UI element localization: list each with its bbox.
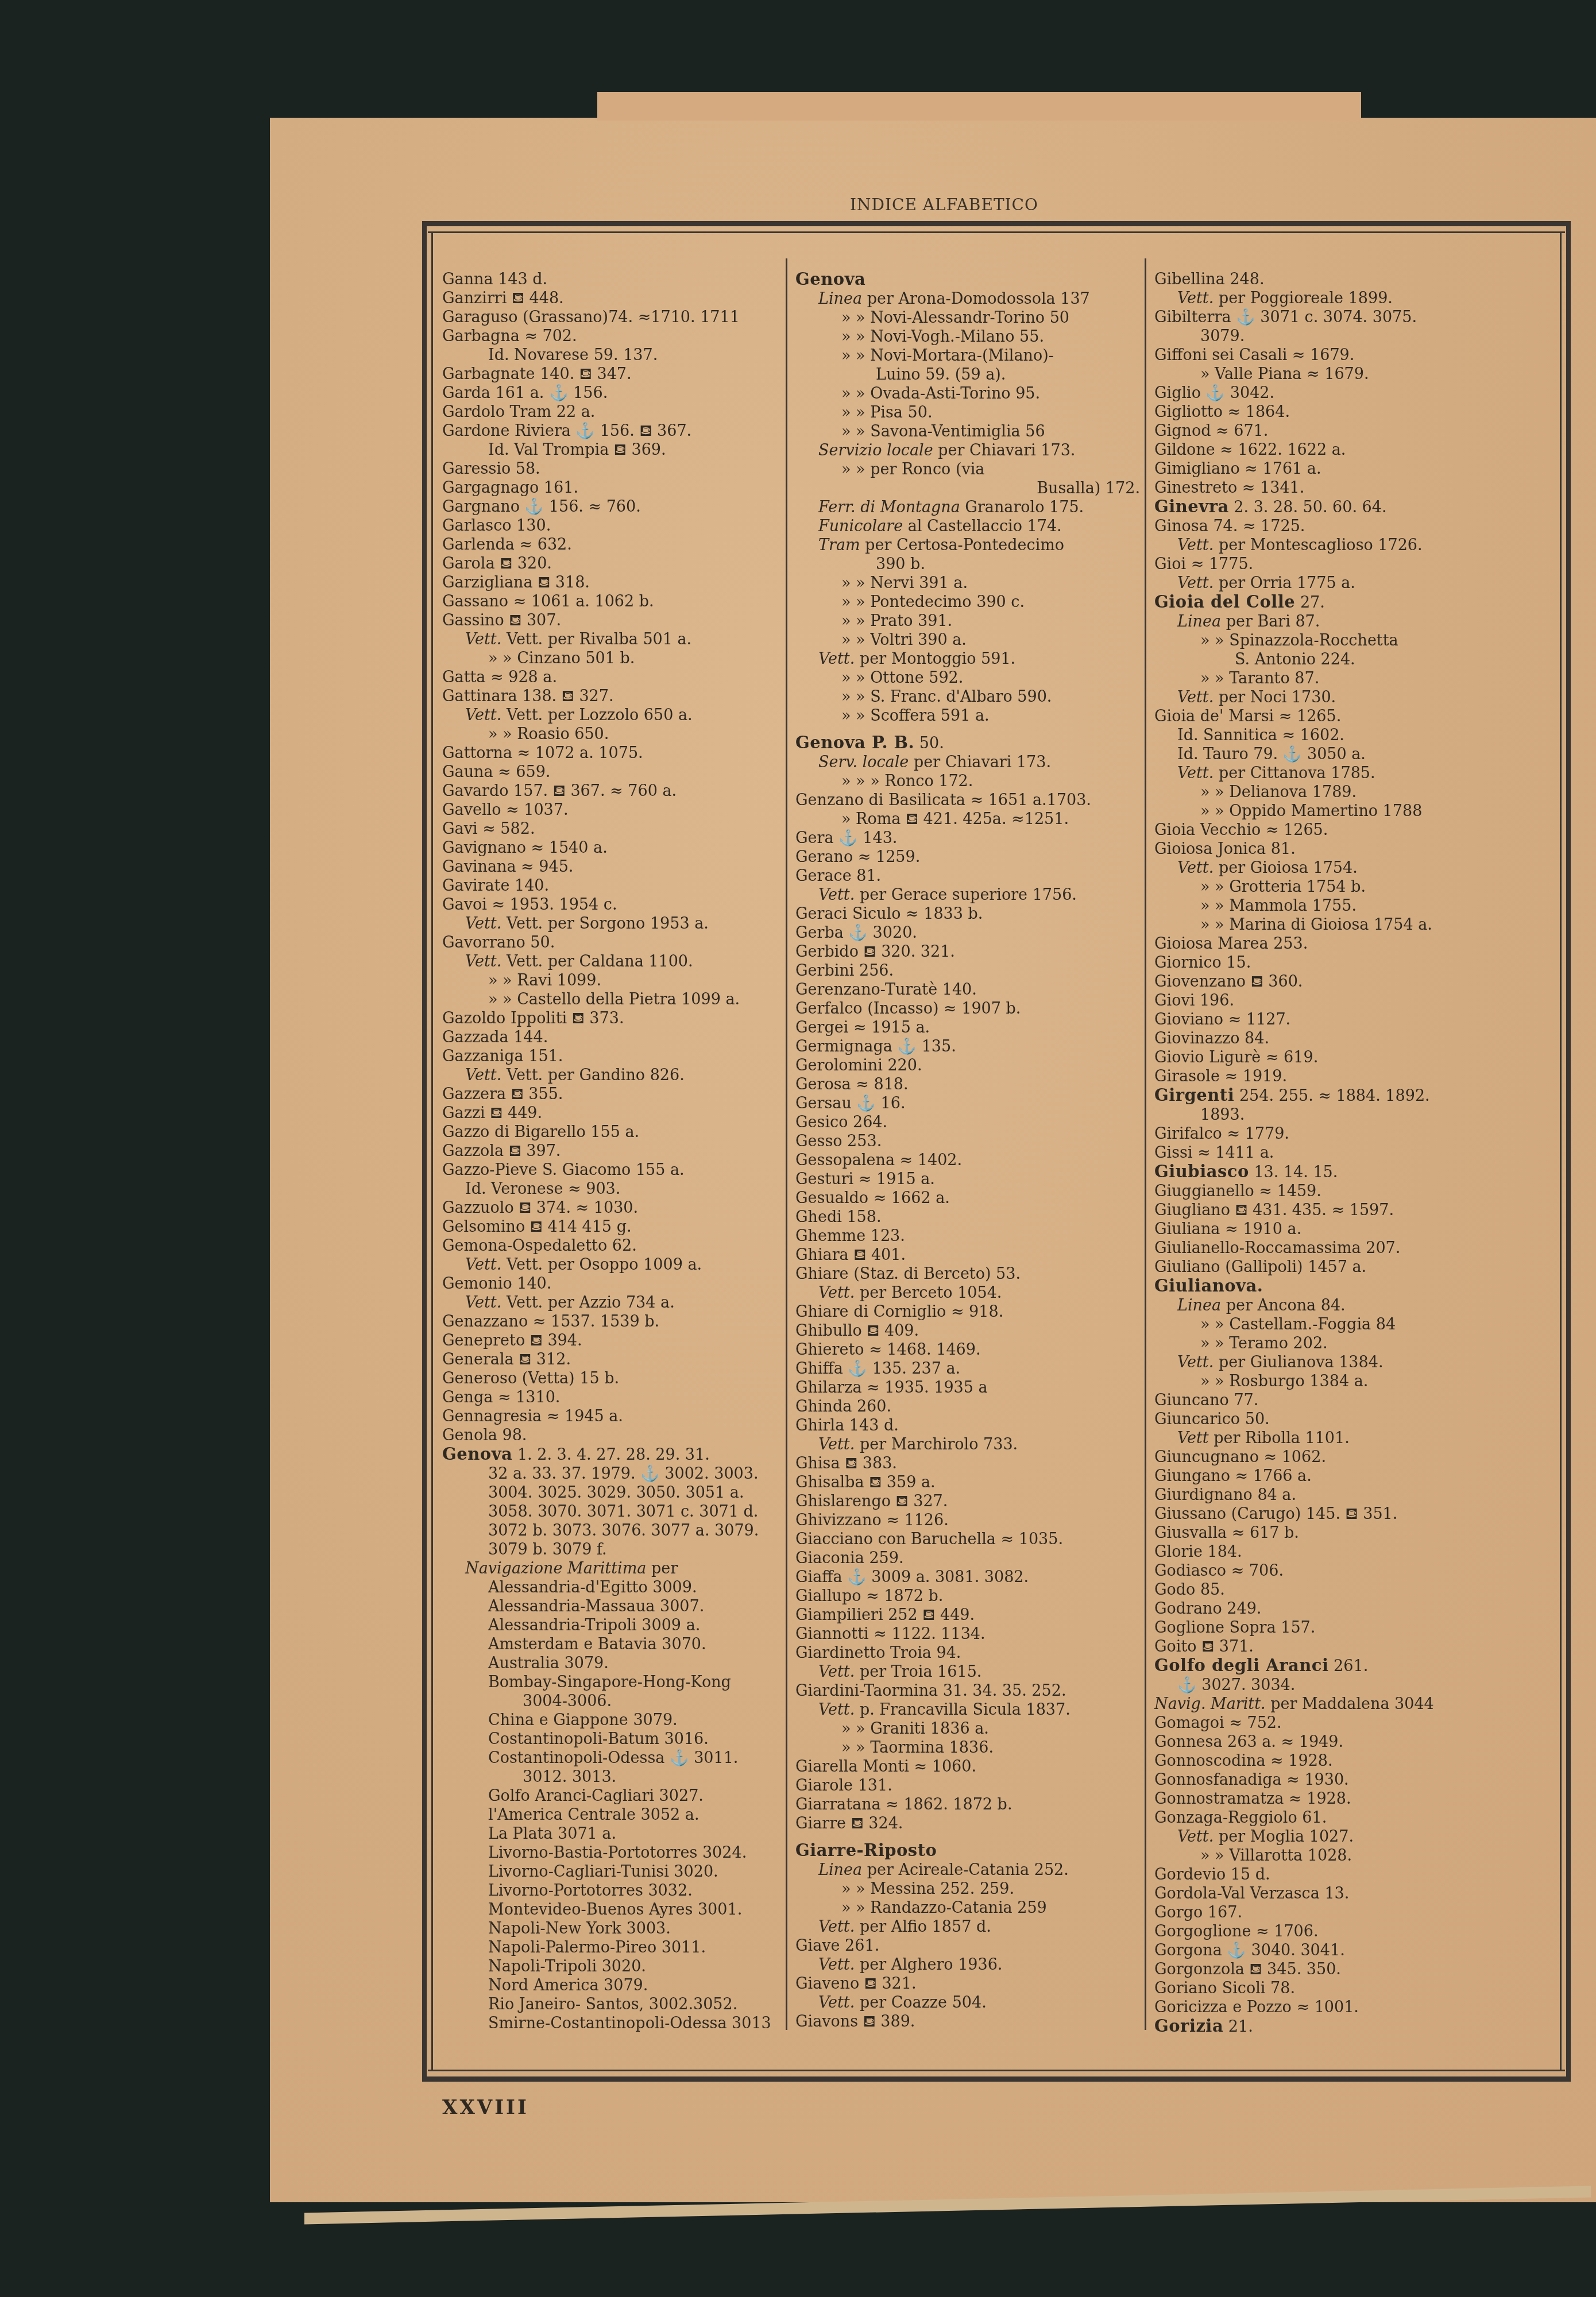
index-entry: Ghinda 260.: [795, 1397, 1140, 1416]
index-entry: Id. Tauro 79. ⚓ 3050 a.: [1154, 745, 1493, 764]
index-entry: » » Pontedecimo 390 c.: [795, 593, 1140, 612]
entry-text: Gergei ≈ 1915 a.: [795, 1019, 930, 1037]
entry-text: per Gioiosa 1754.: [1219, 859, 1358, 877]
index-entry: 3012. 3013.: [442, 1768, 781, 1786]
entry-text: Giussano (Carugo) 145. ⛾ 351.: [1154, 1505, 1397, 1523]
index-entry: Gazzaniga 151.: [442, 1047, 781, 1066]
entry-text: Giavons ⛾ 389.: [795, 2013, 915, 2031]
entry-text: Godo 85.: [1154, 1581, 1225, 1599]
index-entry: » » Marina di Gioiosa 1754 a.: [1154, 915, 1493, 934]
entry-text: Goito ⛾ 371.: [1154, 1638, 1254, 1656]
index-entry: Geraci Siculo ≈ 1833 b.: [795, 904, 1140, 923]
index-entry: Vett. per Montescaglioso 1726.: [1154, 536, 1493, 555]
index-entry: Giulianova.: [1154, 1277, 1493, 1296]
entry-text: Ghisa ⛾ 383.: [795, 1455, 897, 1472]
entry-text: Garbagna ≈ 702.: [442, 327, 577, 345]
index-entry: Gimigliano ≈ 1761 a.: [1154, 459, 1493, 478]
index-entry: Giungano ≈ 1766 a.: [1154, 1467, 1493, 1486]
entry-heading: Giarre-Riposto: [795, 1840, 937, 1860]
index-entry: Goriano Sicoli 78.: [1154, 1979, 1493, 1998]
entry-text: Gassano ≈ 1061 a. 1062 b.: [442, 593, 654, 610]
index-entry: Id. Novarese 59. 137.: [442, 346, 781, 365]
entry-text: » » Savona-Ventimiglia 56: [841, 423, 1045, 440]
index-entry: Gavirate 140.: [442, 876, 781, 895]
entry-text: per Poggioreale 1899.: [1219, 289, 1393, 307]
entry-text: Garbagnate 140. ⛾ 347.: [442, 365, 632, 383]
entry-service-type: Vett.: [818, 650, 855, 668]
entry-text: al Castellaccio 174.: [908, 517, 1062, 535]
entry-text: per Gerace superiore 1756.: [860, 886, 1077, 904]
index-entry: Giaconia 259.: [795, 1549, 1140, 1568]
entry-service-type: Tram: [818, 536, 860, 554]
entry-text: Gelsomino ⛾ 414 415 g.: [442, 1218, 632, 1236]
index-entry: 3072 b. 3073. 3076. 3077 a. 3079.: [442, 1521, 781, 1540]
index-entry: Gonzaga-Reggiolo 61.: [1154, 1808, 1493, 1827]
index-entry: Gonnoscodina ≈ 1928.: [1154, 1751, 1493, 1770]
entry-text: Id. Veronese ≈ 903.: [465, 1180, 620, 1198]
index-entry: Giampilieri 252 ⛾ 449.: [795, 1606, 1140, 1625]
entry-text: 390 b.: [876, 555, 925, 573]
index-entry: 3058. 3070. 3071. 3071 c. 3071 d.: [442, 1502, 781, 1521]
entry-text: Gorgona ⚓ 3040. 3041.: [1154, 1942, 1345, 1959]
torn-page-edge: [597, 92, 1361, 121]
index-entry: Goglione Sopra 157.: [1154, 1618, 1493, 1637]
index-entry: Gesualdo ≈ 1662 a.: [795, 1189, 1140, 1208]
entry-text: Generoso (Vetta) 15 b.: [442, 1370, 619, 1387]
entry-text: 50.: [919, 734, 944, 752]
index-entry: Gerfalco (Incasso) ≈ 1907 b.: [795, 999, 1140, 1018]
entry-text: Garlasco 130.: [442, 517, 551, 535]
entry-text: Granarolo 175.: [965, 498, 1084, 516]
index-entry: Giugliano ⛾ 431. 435. ≈ 1597.: [1154, 1201, 1493, 1220]
entry-text: Gioiosa Jonica 81.: [1154, 840, 1296, 858]
index-entry: Alessandria-Massaua 3007.: [442, 1597, 781, 1616]
entry-text: Genzano di Basilicata ≈ 1651 a.1703.: [795, 791, 1091, 809]
entry-text: » » Pisa 50.: [841, 404, 932, 421]
index-entry: Godiasco ≈ 706.: [1154, 1561, 1493, 1580]
entry-text: per Marchirolo 733.: [860, 1436, 1018, 1453]
entry-text: » » Cinzano 501 b.: [488, 649, 635, 667]
index-entry: Ghemme 123.: [795, 1227, 1140, 1246]
entry-text: Gerolomini 220.: [795, 1057, 922, 1074]
index-entry: Giardini-Taormina 31. 34. 35. 252.: [795, 1681, 1140, 1700]
entry-text: Gesturi ≈ 1915 a.: [795, 1170, 935, 1188]
entry-text: Giaconia 259.: [795, 1549, 904, 1567]
index-entry: Ghiare (Staz. di Berceto) 53.: [795, 1264, 1140, 1283]
entry-text: La Plata 3071 a.: [488, 1825, 616, 1843]
entry-text: » » Scoffera 591 a.: [841, 707, 990, 725]
entry-text: Giovio Ligurè ≈ 619.: [1154, 1049, 1318, 1066]
index-entry: Gerbido ⛾ 320. 321.: [795, 942, 1140, 961]
entry-text: Gioiosa Marea 253.: [1154, 935, 1308, 953]
entry-text: per Bari 87.: [1226, 613, 1320, 631]
index-entry: » » Castello della Pietra 1099 a.: [442, 990, 781, 1009]
entry-text: Alessandria-Tripoli 3009 a.: [488, 1617, 700, 1634]
index-entry: Giuliana ≈ 1910 a.: [1154, 1220, 1493, 1239]
index-entry: Gattinara 138. ⛾ 327.: [442, 687, 781, 706]
entry-text: Gargnano ⚓ 156. ≈ 760.: [442, 498, 641, 516]
index-entry: Gordevio 15 d.: [1154, 1865, 1493, 1884]
entry-text: Geraci Siculo ≈ 1833 b.: [795, 905, 983, 923]
index-entry: » » Pisa 50.: [795, 403, 1140, 422]
index-entry: » » per Ronco (via: [795, 460, 1140, 479]
index-entry: Goito ⛾ 371.: [1154, 1637, 1493, 1656]
entry-text: Gibellina 248.: [1154, 270, 1265, 288]
entry-service-type: Linea: [818, 1861, 862, 1879]
index-entry: Australia 3079.: [442, 1654, 781, 1673]
entry-text: 3012. 3013.: [523, 1768, 616, 1786]
entry-text: » » S. Franc. d'Albaro 590.: [841, 688, 1052, 706]
index-entry: Funicolare al Castellaccio 174.: [795, 517, 1140, 536]
index-entry: Vett. per Alfio 1857 d.: [795, 1917, 1140, 1936]
index-entry: Ghiereto ≈ 1468. 1469.: [795, 1340, 1140, 1359]
entry-service-type: Ferr. di Montagna: [818, 498, 960, 516]
index-entry: Ghiara ⛾ 401.: [795, 1246, 1140, 1264]
index-column-3: Gibellina 248.Vett. per Poggioreale 1899…: [1154, 270, 1493, 2036]
entry-text: per Montescaglioso 1726.: [1219, 536, 1423, 554]
entry-text: 254. 255. ≈ 1884. 1892.: [1239, 1087, 1430, 1105]
index-entry: Gazzo di Bigarello 155 a.: [442, 1123, 781, 1142]
entry-service-type: Vett.: [465, 915, 501, 933]
entry-text: 13. 14. 15.: [1254, 1163, 1338, 1181]
entry-text: Garlenda ≈ 632.: [442, 536, 572, 554]
index-entry: Gemona-Ospedaletto 62.: [442, 1236, 781, 1255]
entry-text: Giovenzano ⛾ 360.: [1154, 973, 1303, 991]
entry-text: Costantinopoli-Odessa ⚓ 3011.: [488, 1749, 738, 1767]
entry-text: Giusvalla ≈ 617 b.: [1154, 1524, 1299, 1542]
index-entry: Gessopalena ≈ 1402.: [795, 1151, 1140, 1170]
index-entry: Montevideo-Buenos Ayres 3001.: [442, 1900, 781, 1919]
index-entry: » » S. Franc. d'Albaro 590.: [795, 687, 1140, 706]
index-entry: Gattorna ≈ 1072 a. 1075.: [442, 744, 781, 763]
entry-text: Gazzuolo ⛾ 374. ≈ 1030.: [442, 1199, 638, 1217]
index-entry: Amsterdam e Batavia 3070.: [442, 1635, 781, 1654]
index-entry: Godo 85.: [1154, 1580, 1493, 1599]
index-entry: Gavi ≈ 582.: [442, 819, 781, 838]
entry-text: » » Voltri 390 a.: [841, 631, 967, 649]
index-entry: Smirne-Costantinopoli-Odessa 3013: [442, 2014, 781, 2033]
index-entry: Gioiosa Marea 253.: [1154, 934, 1493, 953]
index-entry: Ghiffa ⚓ 135. 237 a.: [795, 1359, 1140, 1378]
entry-text: Garola ⛾ 320.: [442, 555, 552, 573]
index-column-1: Ganna 143 d.Ganzirri ⛾ 448.Garaguso (Gra…: [442, 270, 781, 2033]
entry-service-type: Linea: [1177, 613, 1221, 631]
entry-text: Amsterdam e Batavia 3070.: [488, 1635, 706, 1653]
index-entry: » » Scoffera 591 a.: [795, 706, 1140, 725]
entry-text: Giuliano (Gallipoli) 1457 a.: [1154, 1258, 1366, 1276]
entry-text: Ghislarengo ⛾ 327.: [795, 1492, 948, 1510]
entry-text: » » Prato 391.: [841, 612, 952, 630]
entry-text: per Chiavari 173.: [938, 442, 1075, 459]
entry-text: Gerbini 256.: [795, 962, 894, 980]
index-entry: » » Teramo 202.: [1154, 1334, 1493, 1353]
index-entry: Vett. Vett. per Osoppo 1009 a.: [442, 1255, 781, 1274]
entry-text: per Maddalena 3044: [1270, 1695, 1434, 1713]
index-entry: Ghiare di Corniglio ≈ 918.: [795, 1302, 1140, 1321]
entry-text: Garessio 58.: [442, 460, 540, 478]
entry-text: ⚓ 3027. 3034.: [1177, 1676, 1295, 1694]
index-entry: Vett. Vett. per Sorgono 1953 a.: [442, 914, 781, 933]
frame-rule: [1560, 231, 1562, 2071]
entry-service-type: Vett.: [818, 886, 855, 904]
index-entry: Ghirla 143 d.: [795, 1416, 1140, 1435]
entry-text: 3004. 3025. 3029. 3050. 3051 a.: [488, 1484, 744, 1502]
entry-text: Gonnostramatza ≈ 1928.: [1154, 1790, 1351, 1808]
entry-text: 261.: [1334, 1657, 1368, 1675]
index-entry: Vett. per Poggioreale 1899.: [1154, 289, 1493, 308]
index-entry: Gassano ≈ 1061 a. 1062 b.: [442, 592, 781, 611]
entry-text: Gorgo 167.: [1154, 1904, 1242, 1921]
entry-text: Golfo Aranci-Cagliari 3027.: [488, 1787, 704, 1805]
index-entry: Gioia del Colle 27.: [1154, 593, 1493, 612]
index-entry: Garaguso (Grassano)74. ≈1710. 1711: [442, 308, 781, 327]
index-entry: Napoli-Tripoli 3020.: [442, 1957, 781, 1976]
index-entry: Genova P. B. 50.: [795, 733, 1140, 753]
entry-text: per Berceto 1054.: [860, 1284, 1002, 1302]
entry-service-type: Vett.: [1177, 1828, 1214, 1846]
index-entry: Vett. per Montoggio 591.: [795, 649, 1140, 668]
index-entry: Gerbini 256.: [795, 961, 1140, 980]
entry-text: Gessopalena ≈ 1402.: [795, 1151, 962, 1169]
index-entry: Giuliano (Gallipoli) 1457 a.: [1154, 1258, 1493, 1277]
entry-text: Giuliana ≈ 1910 a.: [1154, 1220, 1301, 1238]
index-entry: Navig. Maritt. per Maddalena 3044: [1154, 1695, 1493, 1714]
index-entry: Giubiasco 13. 14. 15.: [1154, 1162, 1493, 1182]
entry-text: Ginosa 74. ≈ 1725.: [1154, 517, 1305, 535]
entry-text: 3072 b. 3073. 3076. 3077 a. 3079.: [488, 1522, 759, 1540]
entry-text: Vett. per Lozzolo 650 a.: [507, 706, 693, 724]
index-entry: » » Oppido Mamertino 1788: [1154, 802, 1493, 821]
index-entry: Giacciano con Baruchella ≈ 1035.: [795, 1530, 1140, 1549]
entry-text: Id. Tauro 79. ⚓ 3050 a.: [1177, 745, 1366, 763]
entry-text: Gildone ≈ 1622. 1622 a.: [1154, 441, 1346, 459]
index-entry: Gomagoi ≈ 752.: [1154, 1714, 1493, 1733]
entry-text: » » Graniti 1836 a.: [841, 1720, 989, 1738]
entry-text: Giuncarico 50.: [1154, 1410, 1270, 1428]
entry-text: per Giulianova 1384.: [1219, 1354, 1384, 1371]
index-entry: Gorgo 167.: [1154, 1903, 1493, 1922]
entry-service-type: Vett.: [465, 1066, 501, 1084]
entry-text: Giaveno ⛾ 321.: [795, 1975, 917, 1993]
entry-text: Gigliotto ≈ 1864.: [1154, 403, 1290, 421]
entry-text: per Orria 1775 a.: [1219, 574, 1355, 592]
index-entry: ⚓ 3027. 3034.: [1154, 1676, 1493, 1695]
entry-text: Giarratana ≈ 1862. 1872 b.: [795, 1796, 1012, 1813]
entry-text: Girifalco ≈ 1779.: [1154, 1125, 1289, 1143]
entry-text: » » Taranto 87.: [1200, 670, 1319, 687]
index-entry: Godrano 249.: [1154, 1599, 1493, 1618]
entry-text: Giuggianello ≈ 1459.: [1154, 1182, 1321, 1200]
index-entry: Gerba ⚓ 3020.: [795, 923, 1140, 942]
index-entry: Alessandria-Tripoli 3009 a.: [442, 1616, 781, 1635]
index-entry: Generoso (Vetta) 15 b.: [442, 1369, 781, 1388]
entry-text: Id. Novarese 59. 137.: [488, 346, 658, 364]
index-entry: Gerano ≈ 1259.: [795, 848, 1140, 867]
entry-text: Ghivizzano ≈ 1126.: [795, 1511, 949, 1529]
index-entry: Garda 161 a. ⚓ 156.: [442, 384, 781, 403]
index-entry: Costantinopoli-Odessa ⚓ 3011.: [442, 1749, 781, 1768]
entry-text: Id. Sannitica ≈ 1602.: [1177, 726, 1344, 744]
index-entry: 3079.: [1154, 327, 1493, 346]
index-entry: Gesico 264.: [795, 1113, 1140, 1132]
entry-text: Luino 59. (59 a).: [876, 366, 1006, 384]
index-entry: Gioiosa Jonica 81.: [1154, 840, 1493, 859]
entry-gap: [795, 725, 1140, 733]
entry-text: Gomagoi ≈ 752.: [1154, 1714, 1282, 1732]
index-entry: Giovio Ligurè ≈ 619.: [1154, 1048, 1493, 1067]
entry-text: Giarole 131.: [795, 1777, 892, 1795]
entry-text: Gardone Riviera ⚓ 156. ⛾ 367.: [442, 422, 691, 440]
entry-text: Gesico 264.: [795, 1113, 887, 1131]
index-entry: Luino 59. (59 a).: [795, 365, 1140, 384]
index-entry: Gazzo-Pieve S. Giacomo 155 a.: [442, 1161, 781, 1180]
index-entry: 3004. 3025. 3029. 3050. 3051 a.: [442, 1483, 781, 1502]
entry-text: 32 a. 33. 37. 1979. ⚓ 3002. 3003.: [488, 1465, 759, 1483]
entry-text: Giallupo ≈ 1872 b.: [795, 1587, 943, 1605]
entry-text: Gavirate 140.: [442, 877, 549, 895]
entry-text: 21.: [1228, 2018, 1253, 2036]
index-entry: Nord America 3079.: [442, 1976, 781, 1995]
entry-text: Giuncugnano ≈ 1062.: [1154, 1448, 1326, 1466]
index-entry: Garbagnate 140. ⛾ 347.: [442, 365, 781, 384]
index-entry: Gioia de' Marsi ≈ 1265.: [1154, 707, 1493, 726]
index-entry: Genova: [795, 270, 1140, 289]
entry-text: Gordola-Val Verzasca 13.: [1154, 1885, 1349, 1902]
index-entry: Id. Sannitica ≈ 1602.: [1154, 726, 1493, 745]
entry-text: Goglione Sopra 157.: [1154, 1619, 1315, 1637]
entry-text: Alessandria-Massaua 3007.: [488, 1598, 704, 1615]
index-entry: Ganna 143 d.: [442, 270, 781, 289]
index-entry: La Plata 3071 a.: [442, 1824, 781, 1843]
entry-text: » » Novi-Mortara-(Milano)-: [841, 347, 1054, 365]
index-entry: » » Taranto 87.: [1154, 669, 1493, 688]
index-entry: Gavinana ≈ 945.: [442, 857, 781, 876]
entry-text: » » Messina 252. 259.: [841, 1880, 1014, 1898]
entry-text: Gavignano ≈ 1540 a.: [442, 839, 608, 857]
index-entry: Giovenzano ⛾ 360.: [1154, 972, 1493, 991]
entry-text: Vett. per Sorgono 1953 a.: [507, 915, 709, 933]
index-entry: Genga ≈ 1310.: [442, 1388, 781, 1407]
index-entry: Gordola-Val Verzasca 13.: [1154, 1884, 1493, 1903]
entry-text: Napoli-Palermo-Pireo 3011.: [488, 1939, 706, 1956]
entry-text: Ghiare di Corniglio ≈ 918.: [795, 1303, 1003, 1321]
entry-text: per Arona-Domodossola 137: [867, 290, 1090, 308]
index-entry: » » Cinzano 501 b.: [442, 649, 781, 668]
entry-text: » » Castellam.-Foggia 84: [1200, 1316, 1396, 1333]
entry-service-type: Vett.: [818, 1956, 855, 1974]
index-entry: Servizio locale per Chiavari 173.: [795, 441, 1140, 460]
index-entry: Giuggianello ≈ 1459.: [1154, 1182, 1493, 1201]
index-entry: Busalla) 172.: [795, 479, 1140, 498]
entry-text: Giampilieri 252 ⛾ 449.: [795, 1606, 975, 1624]
index-entry: Ghisa ⛾ 383.: [795, 1454, 1140, 1473]
index-entry: Giarre ⛾ 324.: [795, 1814, 1140, 1833]
index-entry: Gesturi ≈ 1915 a.: [795, 1170, 1140, 1189]
entry-text: Giaffa ⚓ 3009 a. 3081. 3082.: [795, 1568, 1029, 1586]
index-entry: Garlenda ≈ 632.: [442, 535, 781, 554]
index-entry: Vett. Vett. per Gandino 826.: [442, 1066, 781, 1085]
entry-text: Gioia Vecchio ≈ 1265.: [1154, 821, 1328, 839]
entry-text: » » Roasio 650.: [488, 725, 609, 743]
entry-text: » » Novi-Alessandr-Torino 50: [841, 309, 1069, 327]
entry-text: Rio Janeiro- Santos, 3002.3052.: [488, 1996, 737, 2013]
index-entry: Gonnosfanadiga ≈ 1930.: [1154, 1770, 1493, 1789]
index-column-2: Genova Linea per Arona-Domodossola 137» …: [795, 270, 1140, 2031]
index-entry: Gignod ≈ 671.: [1154, 421, 1493, 440]
index-entry: Gemonio 140.: [442, 1274, 781, 1293]
frame-rule: [422, 2076, 1571, 2082]
entry-text: » » Oppido Mamertino 1788: [1200, 802, 1422, 820]
index-entry: Vett. Vett. per Caldana 1100.: [442, 952, 781, 971]
entry-service-type: Servizio locale: [818, 442, 933, 459]
entry-text: Gazzera ⛾ 355.: [442, 1085, 563, 1103]
index-entry: » Roma ⛾ 421. 425a. ≈1251.: [795, 810, 1140, 829]
index-entry: » » Novi-Vogh.-Milano 55.: [795, 327, 1140, 346]
entry-text: Napoli-New York 3003.: [488, 1920, 671, 1938]
index-entry: China e Giappone 3079.: [442, 1711, 781, 1730]
index-entry: Ghivizzano ≈ 1126.: [795, 1511, 1140, 1530]
index-entry: Giovi 196.: [1154, 991, 1493, 1010]
entry-text: per Ancona 84.: [1226, 1297, 1346, 1314]
entry-text: Nord America 3079.: [488, 1977, 648, 1994]
entry-service-type: Vett.: [1177, 574, 1214, 592]
index-entry: Vett. p. Francavilla Sicula 1837.: [795, 1700, 1140, 1719]
entry-service-type: Vett.: [465, 1256, 501, 1274]
entry-text: Ghiare (Staz. di Berceto) 53.: [795, 1265, 1021, 1283]
entry-service-type: Vett.: [818, 1994, 855, 2012]
index-entry: Vett. Vett. per Rivalba 501 a.: [442, 630, 781, 649]
entry-text: per Moglia 1027.: [1219, 1828, 1354, 1846]
entry-text: S. Antonio 224.: [1235, 651, 1355, 668]
entry-text: » » Novi-Vogh.-Milano 55.: [841, 328, 1044, 346]
entry-text: 3004-3006.: [523, 1692, 612, 1710]
index-entry: Ginevra 2. 3. 28. 50. 60. 64.: [1154, 497, 1493, 517]
index-entry: Vett. per Moglia 1027.: [1154, 1827, 1493, 1846]
entry-text: Bombay-Singapore-Hong-Kong: [488, 1673, 731, 1691]
entry-text: Giardini-Taormina 31. 34. 35. 252.: [795, 1682, 1066, 1700]
entry-text: Genola 98.: [442, 1426, 527, 1444]
entry-service-type: Serv. locale: [818, 753, 909, 771]
entry-text: Gignod ≈ 671.: [1154, 422, 1268, 440]
entry-text: Glorie 184.: [1154, 1543, 1242, 1561]
entry-text: Livorno-Cagliari-Tunisi 3020.: [488, 1863, 718, 1881]
entry-text: Genga ≈ 1310.: [442, 1389, 560, 1406]
entry-text: Gennagresia ≈ 1945 a.: [442, 1407, 623, 1425]
entry-service-type: Navig. Maritt.: [1154, 1695, 1266, 1713]
entry-text: » » Rosburgo 1384 a.: [1200, 1372, 1368, 1390]
entry-text: Gerano ≈ 1259.: [795, 848, 920, 866]
index-entry: Gerosa ≈ 818.: [795, 1075, 1140, 1094]
frame-rule: [1566, 221, 1571, 2082]
index-entry: Ghibullo ⛾ 409.: [795, 1321, 1140, 1340]
index-entry: Giarella Monti ≈ 1060.: [795, 1757, 1140, 1776]
index-entry: Navigazione Marittima per: [442, 1559, 781, 1578]
entry-text: Gazzada 144.: [442, 1028, 548, 1046]
index-entry: Giardinetto Troia 94.: [795, 1644, 1140, 1662]
index-entry: Napoli-New York 3003.: [442, 1919, 781, 1938]
index-entry: » » Prato 391.: [795, 612, 1140, 631]
index-entry: Vett. per Gerace superiore 1756.: [795, 885, 1140, 904]
index-entry: » » » Ronco 172.: [795, 772, 1140, 791]
index-entry: Gergei ≈ 1915 a.: [795, 1018, 1140, 1037]
index-entry: Vett. Vett. per Azzio 734 a.: [442, 1293, 781, 1312]
entry-text: Livorno-Portotorres 3032.: [488, 1882, 693, 1900]
frame-rule: [431, 231, 433, 2071]
entry-text: Gonnesa 263 a. ≈ 1949.: [1154, 1733, 1343, 1751]
index-entry: Vett. per Coazze 504.: [795, 1993, 1140, 2012]
entry-text: » » Randazzo-Catania 259: [841, 1899, 1047, 1917]
entry-text: » » Taormina 1836.: [841, 1739, 994, 1757]
